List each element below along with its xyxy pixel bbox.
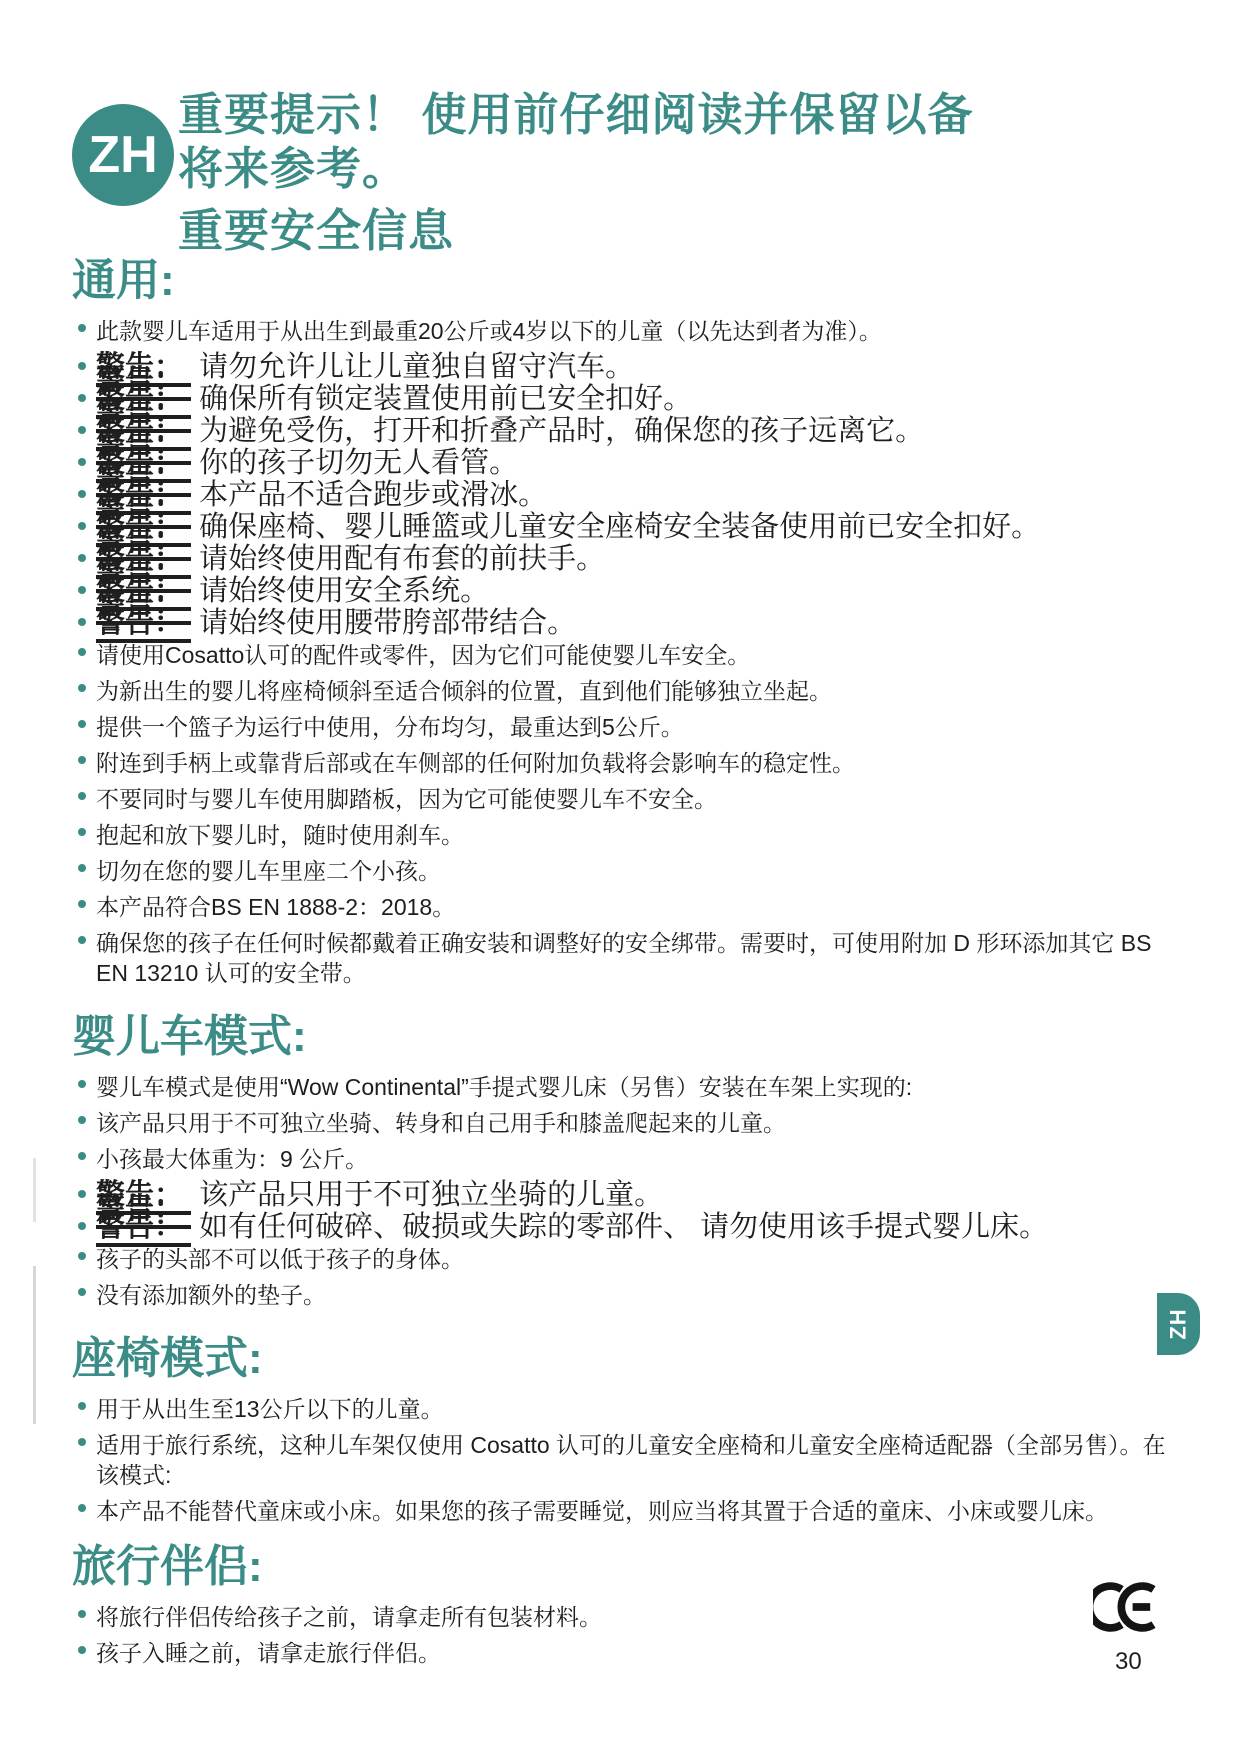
bullet-dot-icon <box>78 1438 86 1446</box>
ce-mark-icon <box>1093 1582 1159 1632</box>
bullet-dot-icon <box>78 1190 86 1198</box>
bullet-dot-icon <box>78 1402 86 1410</box>
page-number: 30 <box>1115 1648 1142 1676</box>
bullet-dot-icon <box>78 324 86 332</box>
bullet-text: 该产品只用于不可独立坐骑、转身和自己用手和膝盖爬起来的儿童。 <box>96 1108 1183 1138</box>
bullet-dot-icon <box>78 1646 86 1654</box>
bullet-dot-icon <box>78 900 86 908</box>
bullet-dot-icon <box>78 586 86 594</box>
bullet-dot-icon <box>78 426 86 434</box>
bullet-dot-icon <box>78 684 86 692</box>
section-1: 婴儿车模式:婴儿车模式是使用“Wow Continental”手提式婴儿床（另售… <box>72 1014 1183 1310</box>
section-heading: 婴儿车模式: <box>72 1014 1183 1060</box>
title-block: 重要提示！ 使用前仔细阅读并保留以备 将来参考。 重要安全信息 <box>178 88 974 256</box>
bullet-dot-icon <box>78 618 86 626</box>
bullet-item: 将旅行伴侣传给孩子之前，请拿走所有包装材料。 <box>72 1602 1183 1632</box>
bullet-text: 警告： 你的孩子切勿无人看管。 <box>96 448 1183 479</box>
bullet-item: 抱起和放下婴儿时，随时使用刹车。 <box>72 820 1183 850</box>
bullet-text: 用于从出生至13公斤以下的儿童。 <box>96 1394 1183 1424</box>
bullet-text: 附连到手柄上或靠背后部或在车侧部的任何附加负载将会影响车的稳定性。 <box>96 748 1183 778</box>
bullet-item: 提供一个篮子为运行中使用，分布均匀，最重达到5公斤。 <box>72 712 1183 742</box>
bullet-item: 本产品符合BS EN 1888-2：2018。 <box>72 892 1183 922</box>
manual-page: ZH 重要提示！ 使用前仔细阅读并保留以备 将来参考。 重要安全信息 通用:此款… <box>0 0 1241 1754</box>
bullet-dot-icon <box>78 756 86 764</box>
bullet-text: 抱起和放下婴儿时，随时使用刹车。 <box>96 820 1183 850</box>
bullet-dot-icon <box>78 1610 86 1618</box>
bullet-text: 此款婴儿车适用于从出生到最重20公斤或4岁以下的儿童（以先达到者为准）。 <box>96 316 1183 346</box>
bullet-text: 警告： 如有任何破碎、破损或失踪的零部件、 请勿使用该手提式婴儿床。 <box>96 1212 1183 1243</box>
bullet-item: 用于从出生至13公斤以下的儿童。 <box>72 1394 1183 1424</box>
bullet-item: 附连到手柄上或靠背后部或在车侧部的任何附加负载将会影响车的稳定性。 <box>72 748 1183 778</box>
bullet-text: 请使用Cosatto认可的配件或零件，因为它们可能使婴儿车安全。 <box>96 640 1183 670</box>
bullet-dot-icon <box>78 1504 86 1512</box>
warning-item: 警告： 请勿允许儿让儿童独自留守汽车。 <box>72 352 1183 383</box>
section-heading: 通用: <box>72 258 1183 304</box>
language-badge: ZH <box>72 104 174 206</box>
warning-label: 警告： <box>96 1211 191 1247</box>
bullet-dot-icon <box>78 458 86 466</box>
bullet-text: 警告： 该产品只用于不可独立坐骑的儿童。 <box>96 1180 1183 1211</box>
bullet-item: 适用于旅行系统，这种儿车架仅使用 Cosatto 认可的儿童安全座椅和儿童安全座… <box>72 1430 1183 1490</box>
bullet-text: 本产品不能替代童床或小床。如果您的孩子需要睡觉，则应当将其置于合适的童床、小床或… <box>96 1496 1183 1526</box>
bullet-text: 孩子入睡之前，请拿走旅行伴侣。 <box>96 1638 1183 1668</box>
bullet-dot-icon <box>78 720 86 728</box>
section-heading: 座椅模式: <box>72 1336 1183 1382</box>
bullet-text: 切勿在您的婴儿车里座二个小孩。 <box>96 856 1183 886</box>
bullet-item: 孩子入睡之前，请拿走旅行伴侣。 <box>72 1638 1183 1668</box>
bullet-text: 小孩最大体重为：9 公斤。 <box>96 1144 1183 1174</box>
section-2: 座椅模式:用于从出生至13公斤以下的儿童。适用于旅行系统，这种儿车架仅使用 Co… <box>72 1336 1183 1526</box>
bullet-dot-icon <box>78 648 86 656</box>
bullet-text: 不要同时与婴儿车使用脚踏板，因为它可能使婴儿车不安全。 <box>96 784 1183 814</box>
bullet-dot-icon <box>78 864 86 872</box>
bullet-text: 适用于旅行系统，这种儿车架仅使用 Cosatto 认可的儿童安全座椅和儿童安全座… <box>96 1430 1183 1490</box>
warning-item: 警告： 该产品只用于不可独立坐骑的儿童。 <box>72 1180 1183 1211</box>
page-subtitle: 重要安全信息 <box>178 206 974 256</box>
bullet-text: 警告： 确保所有锁定装置使用前已安全扣好。 <box>96 384 1183 415</box>
scan-artifact-line <box>33 1266 36 1424</box>
bullet-text: 警告： 请始终使用安全系统。 <box>96 576 1183 607</box>
warning-item: 警告： 请始终使用配有布套的前扶手。 <box>72 544 1183 575</box>
page-content: ZH 重要提示！ 使用前仔细阅读并保留以备 将来参考。 重要安全信息 通用:此款… <box>72 88 1183 1674</box>
warning-item: 警告： 确保所有锁定装置使用前已安全扣好。 <box>72 384 1183 415</box>
bullet-item: 请使用Cosatto认可的配件或零件，因为它们可能使婴儿车安全。 <box>72 640 1183 670</box>
bullet-dot-icon <box>78 936 86 944</box>
section-3: 旅行伴侣:将旅行伴侣传给孩子之前，请拿走所有包装材料。孩子入睡之前，请拿走旅行伴… <box>72 1544 1183 1668</box>
bullet-text: 警告： 请始终使用腰带胯部带结合。 <box>96 608 1183 639</box>
warning-label: 警告： <box>96 607 191 643</box>
bullet-text: 警告： 请勿允许儿让儿童独自留守汽车。 <box>96 352 1183 383</box>
bullet-dot-icon <box>78 490 86 498</box>
bullet-item: 小孩最大体重为：9 公斤。 <box>72 1144 1183 1174</box>
side-language-tab: ZH <box>1157 1293 1200 1355</box>
bullet-dot-icon <box>78 1116 86 1124</box>
bullet-dot-icon <box>78 792 86 800</box>
side-language-tab-label: ZH <box>1165 1308 1191 1339</box>
bullet-text: 孩子的头部不可以低于孩子的身体。 <box>96 1244 1183 1274</box>
bullet-text: 警告： 为避免受伤，打开和折叠产品时，确保您的孩子远离它。 <box>96 416 1183 447</box>
warning-item: 警告： 如有任何破碎、破损或失踪的零部件、 请勿使用该手提式婴儿床。 <box>72 1212 1183 1243</box>
bullet-text: 为新出生的婴儿将座椅倾斜至适合倾斜的位置，直到他们能够独立坐起。 <box>96 676 1183 706</box>
bullet-text: 本产品符合BS EN 1888-2：2018。 <box>96 892 1183 922</box>
language-badge-label: ZH <box>88 125 157 185</box>
bullet-text: 警告： 确保座椅、婴儿睡篮或儿童安全座椅安全装备使用前已安全扣好。 <box>96 512 1183 543</box>
bullet-text: 确保您的孩子在任何时候都戴着正确安装和调整好的安全绑带。需要时，可使用附加 D … <box>96 928 1183 988</box>
bullet-item: 切勿在您的婴儿车里座二个小孩。 <box>72 856 1183 886</box>
bullet-dot-icon <box>78 362 86 370</box>
scan-artifact-line <box>33 1158 36 1222</box>
page-title-line1: 重要提示！ 使用前仔细阅读并保留以备 <box>178 88 974 142</box>
bullet-dot-icon <box>78 394 86 402</box>
bullet-text: 婴儿车模式是使用“Wow Continental”手提式婴儿床（另售）安装在车架… <box>96 1072 1183 1102</box>
bullet-dot-icon <box>78 1252 86 1260</box>
bullet-item: 婴儿车模式是使用“Wow Continental”手提式婴儿床（另售）安装在车架… <box>72 1072 1183 1102</box>
bullet-dot-icon <box>78 1152 86 1160</box>
bullet-item: 本产品不能替代童床或小床。如果您的孩子需要睡觉，则应当将其置于合适的童床、小床或… <box>72 1496 1183 1526</box>
bullet-dot-icon <box>78 1288 86 1296</box>
bullet-item: 孩子的头部不可以低于孩子的身体。 <box>72 1244 1183 1274</box>
warning-item: 警告： 确保座椅、婴儿睡篮或儿童安全座椅安全装备使用前已安全扣好。 <box>72 512 1183 543</box>
page-title: 重要提示！ 使用前仔细阅读并保留以备 将来参考。 <box>178 88 974 196</box>
warning-item: 警告： 本产品不适合跑步或滑冰。 <box>72 480 1183 511</box>
sections: 通用:此款婴儿车适用于从出生到最重20公斤或4岁以下的儿童（以先达到者为准）。警… <box>72 258 1183 1668</box>
bullet-dot-icon <box>78 1080 86 1088</box>
bullet-item: 该产品只用于不可独立坐骑、转身和自己用手和膝盖爬起来的儿童。 <box>72 1108 1183 1138</box>
page-title-line2: 将来参考。 <box>178 142 974 196</box>
bullet-item: 此款婴儿车适用于从出生到最重20公斤或4岁以下的儿童（以先达到者为准）。 <box>72 316 1183 346</box>
bullet-dot-icon <box>78 1222 86 1230</box>
bullet-text: 警告： 本产品不适合跑步或滑冰。 <box>96 480 1183 511</box>
bullet-text: 将旅行伴侣传给孩子之前，请拿走所有包装材料。 <box>96 1602 1183 1632</box>
section-0: 通用:此款婴儿车适用于从出生到最重20公斤或4岁以下的儿童（以先达到者为准）。警… <box>72 258 1183 988</box>
bullet-item: 没有添加额外的垫子。 <box>72 1280 1183 1310</box>
warning-item: 警告： 你的孩子切勿无人看管。 <box>72 448 1183 479</box>
bullet-item: 为新出生的婴儿将座椅倾斜至适合倾斜的位置，直到他们能够独立坐起。 <box>72 676 1183 706</box>
bullet-text: 没有添加额外的垫子。 <box>96 1280 1183 1310</box>
bullet-dot-icon <box>78 554 86 562</box>
bullet-dot-icon <box>78 828 86 836</box>
bullet-text: 提供一个篮子为运行中使用，分布均匀，最重达到5公斤。 <box>96 712 1183 742</box>
section-heading: 旅行伴侣: <box>72 1544 1183 1590</box>
bullet-text: 警告： 请始终使用配有布套的前扶手。 <box>96 544 1183 575</box>
bullet-dot-icon <box>78 522 86 530</box>
bullet-item: 不要同时与婴儿车使用脚踏板，因为它可能使婴儿车不安全。 <box>72 784 1183 814</box>
page-header: ZH 重要提示！ 使用前仔细阅读并保留以备 将来参考。 重要安全信息 <box>72 88 1183 256</box>
warning-item: 警告： 为避免受伤，打开和折叠产品时，确保您的孩子远离它。 <box>72 416 1183 447</box>
warning-item: 警告： 请始终使用安全系统。 <box>72 576 1183 607</box>
warning-item: 警告： 请始终使用腰带胯部带结合。 <box>72 608 1183 639</box>
bullet-item: 确保您的孩子在任何时候都戴着正确安装和调整好的安全绑带。需要时，可使用附加 D … <box>72 928 1183 988</box>
